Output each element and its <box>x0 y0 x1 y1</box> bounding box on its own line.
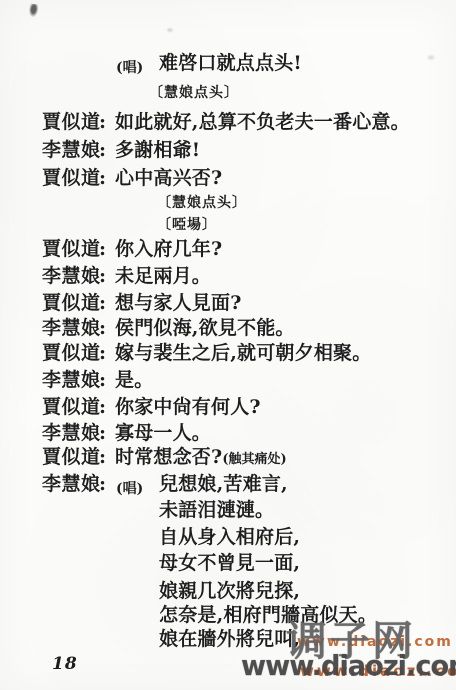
dialogue-line: 賈似道 : 想与家人見面? <box>0 293 456 319</box>
stage-text: 〔啞場〕 <box>157 217 217 234</box>
dialogue-line: 賈似道 : 嫁与裴生之后,就可朝夕相聚。 <box>0 343 456 369</box>
dialogue-text: 寡母一人。 <box>115 423 211 445</box>
lyric-text: 母女不曾見一面, <box>159 553 300 575</box>
dialogue-text: 你家中尙有何人? <box>115 397 261 419</box>
stage-note: (触其痛处) <box>222 452 286 467</box>
dialogue-text: 未足兩月。 <box>115 266 211 288</box>
speaker-colon: : <box>99 293 106 315</box>
dialogue-line: 賈似道 : 心中高兴否? <box>0 168 456 194</box>
speaker-name: 賈似道 <box>42 343 101 365</box>
speaker-colon: : <box>99 168 106 190</box>
lyric-line: (唱) 难啓口就点点头! <box>0 53 456 79</box>
dialogue-line: 李慧娘 : 未足兩月。 <box>0 266 456 292</box>
speaker-name: 李慧娘 <box>42 140 101 162</box>
lyric-text: 自从身入相府后, <box>159 527 300 549</box>
dialogue-line: 李慧娘 : 是。 <box>0 370 456 396</box>
speaker-name: 賈似道 <box>42 293 101 315</box>
speaker-colon: : <box>99 140 106 162</box>
dialogue-text: 时常想念否? <box>115 446 222 468</box>
dialogue-line: 賈似道 : 如此就好,总算不负老夫一番心意。 <box>0 112 456 138</box>
speaker-name: 李慧娘 <box>42 266 101 288</box>
speaker-name: 賈似道 <box>42 112 101 134</box>
dialogue-text: 嫁与裴生之后,就可朝夕相聚。 <box>115 343 371 365</box>
speaker-colon: : <box>99 239 106 261</box>
page-number: 18 <box>52 654 78 674</box>
sung-marker: (唱) <box>116 478 143 498</box>
scan-speck <box>28 3 39 17</box>
stage-text: 〔慧娘点头〕 <box>149 85 239 102</box>
speaker-name: 李慧娘 <box>42 318 101 340</box>
speaker-colon: : <box>99 343 106 365</box>
dialogue-text: 想与家人見面? <box>115 293 242 315</box>
dialogue-line: 李慧娘 : 多謝相爺! <box>0 140 456 166</box>
dialogue-text: 如此就好,总算不负老夫一番心意。 <box>115 112 410 134</box>
dialogue-line: 李慧娘 : 侯門似海,欲見不能。 <box>0 318 456 344</box>
speaker-name: 賈似道 <box>42 447 101 469</box>
dialogue-text: 心中高兴否? <box>115 168 222 190</box>
dialogue-text: 多謝相爺! <box>115 140 200 162</box>
lyric-line: 自从身入相府后, <box>0 527 456 553</box>
stage-text: 〔慧娘点头〕 <box>157 195 247 212</box>
speaker-name: 賈似道 <box>42 397 101 419</box>
speaker-colon: : <box>99 397 106 419</box>
speaker-colon: : <box>99 423 106 445</box>
lyric-text: 娘在牆外將兒叫, <box>159 629 300 651</box>
lyric-line: 母女不曾見一面, <box>0 553 456 579</box>
lyric-text: 未語泪漣漣。 <box>159 500 274 522</box>
dialogue-text: 你入府几年? <box>115 239 222 261</box>
speaker-name: 李慧娘 <box>42 474 101 496</box>
sung-marker: (唱) <box>116 57 143 77</box>
speaker-colon: : <box>99 112 106 134</box>
speaker-colon: : <box>99 266 106 288</box>
stage-direction: 〔慧娘点头〕 <box>0 85 456 111</box>
dialogue-text-with-note: 时常想念否?(触其痛处) <box>115 447 287 469</box>
dialogue-line: 賈似道 : 你家中尙有何人? <box>0 397 456 423</box>
speaker-colon: : <box>99 318 106 340</box>
speaker-name: 李慧娘 <box>42 423 101 445</box>
lyric-text: 兒想娘,苦难言, <box>159 474 288 496</box>
speaker-name: 李慧娘 <box>42 370 101 392</box>
speaker-colon: : <box>99 370 106 392</box>
watermark-url: www.diaozi.com <box>241 649 456 682</box>
dialogue-text: 是。 <box>115 370 153 392</box>
book-page: (唱) 难啓口就点点头! 〔慧娘点头〕 賈似道 : 如此就好,总算不负老夫一番心… <box>0 0 456 690</box>
dialogue-line: 賈似道 : 时常想念否?(触其痛处) <box>0 447 456 473</box>
lyric-line: 未語泪漣漣。 <box>0 500 456 526</box>
speaker-colon: : <box>99 447 106 469</box>
dialogue-text: 侯門似海,欲見不能。 <box>115 318 295 340</box>
lyric-text: 难啓口就点点头! <box>159 53 302 75</box>
speaker-name: 賈似道 <box>42 168 101 190</box>
scan-speck <box>166 27 174 33</box>
speaker-colon: : <box>99 474 106 496</box>
speaker-name: 賈似道 <box>42 239 101 261</box>
dialogue-line: 李慧娘 : (唱) 兒想娘,苦难言, <box>0 474 456 500</box>
dialogue-line: 賈似道 : 你入府几年? <box>0 239 456 265</box>
lyric-text: 娘親几次將兒探, <box>159 581 300 603</box>
